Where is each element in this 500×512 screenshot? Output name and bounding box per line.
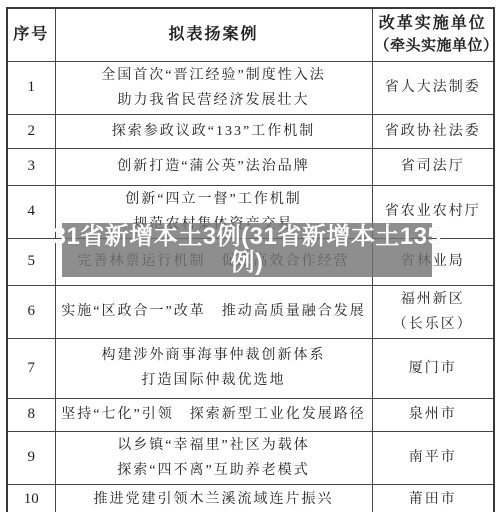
case-cell: 实施“区政合一”改革 推动高质量融合发展 (55, 285, 372, 338)
watermark-title-line1: 31省新增本土3例(31省新增本土135 (53, 224, 442, 250)
unit-line: 省司法厅 (375, 154, 492, 179)
case-cell: 推进党建引领木兰溪流域连片振兴 (55, 484, 372, 512)
header-unit-line2: （牵头实施单位） (375, 35, 492, 57)
unit-line: 泉州市 (375, 402, 492, 427)
watermark-banner: 31省新增本土3例(31省新增本土135 例) (62, 223, 432, 277)
unit-cell: 福州新区 （长乐区） (372, 285, 494, 338)
unit-cell: 南平市 (372, 431, 494, 484)
case-line: 探索“四不离”互助养老模式 (58, 458, 370, 483)
header-case: 拟表扬案例 (55, 8, 372, 61)
unit-cell: 省政协社法委 (372, 114, 494, 148)
table-row: 2 探索参政议政“133”工作机制 省政协社法委 (7, 114, 494, 148)
table-row: 3 创新打造“蒲公英”法治品牌 省司法厅 (7, 148, 494, 185)
unit-line: 莆田市 (375, 487, 492, 512)
table-row: 6 实施“区政合一”改革 推动高质量融合发展 福州新区 （长乐区） (7, 285, 494, 338)
unit-cell: 省人大法制委 (372, 61, 494, 114)
table-row: 7 构建涉外商事海事仲裁创新体系 打造国际仲裁优选地 厦门市 (7, 338, 494, 398)
watermark-title-line2: 例) (231, 250, 264, 276)
row-number: 7 (7, 338, 55, 398)
row-number: 1 (7, 61, 55, 114)
row-number: 3 (7, 148, 55, 185)
table-row: 1 全国首次“晋江经验”制度性入法 助力我省民营经济发展壮大 省人大法制委 (7, 61, 494, 114)
unit-cell: 厦门市 (372, 338, 494, 398)
row-number: 8 (7, 398, 55, 431)
case-cell: 以乡镇“幸福里”社区为载体 探索“四不离”互助养老模式 (55, 431, 372, 484)
case-line: 实施“区政合一”改革 推动高质量融合发展 (58, 299, 370, 324)
table-row: 10 推进党建引领木兰溪流域连片振兴 莆田市 (7, 484, 494, 512)
row-number: 9 (7, 431, 55, 484)
unit-cell: 莆田市 (372, 484, 494, 512)
unit-line: 省政协社法委 (375, 119, 492, 144)
row-number: 4 (7, 185, 55, 238)
header-serial: 序号 (7, 8, 55, 61)
case-cell: 构建涉外商事海事仲裁创新体系 打造国际仲裁优选地 (55, 338, 372, 398)
case-line: 助力我省民营经济发展壮大 (58, 88, 370, 113)
page-root: { "overlay": { "line1": "31省新增本土3例(31省新增… (0, 0, 500, 512)
header-unit-line1: 改革实施单位 (375, 13, 492, 35)
row-number: 10 (7, 484, 55, 512)
case-line: 创新打造“蒲公英”法治品牌 (58, 154, 370, 179)
header-unit: 改革实施单位 （牵头实施单位） (372, 8, 494, 61)
case-line: 坚持“七化”引领 探索新型工业化发展路径 (58, 402, 370, 427)
unit-line: 南平市 (375, 445, 492, 470)
row-number: 6 (7, 285, 55, 338)
case-line: 探索参政议政“133”工作机制 (58, 119, 370, 144)
table-row: 9 以乡镇“幸福里”社区为载体 探索“四不离”互助养老模式 南平市 (7, 431, 494, 484)
case-cell: 创新打造“蒲公英”法治品牌 (55, 148, 372, 185)
unit-line: （长乐区） (375, 312, 492, 337)
row-number: 5 (7, 238, 55, 285)
case-line: 创新“四立一督”工作机制 (58, 187, 370, 212)
table-header-row: 序号 拟表扬案例 改革实施单位 （牵头实施单位） (7, 8, 494, 61)
unit-line: 省人大法制委 (375, 75, 492, 100)
unit-cell: 泉州市 (372, 398, 494, 431)
case-line: 以乡镇“幸福里”社区为载体 (58, 433, 370, 458)
unit-line: 厦门市 (375, 356, 492, 381)
unit-line: 省农业农村厅 (375, 199, 492, 224)
unit-line: 福州新区 (375, 287, 492, 312)
case-line: 全国首次“晋江经验”制度性入法 (58, 63, 370, 88)
case-cell: 坚持“七化”引领 探索新型工业化发展路径 (55, 398, 372, 431)
unit-cell: 省司法厅 (372, 148, 494, 185)
case-cell: 全国首次“晋江经验”制度性入法 助力我省民营经济发展壮大 (55, 61, 372, 114)
case-cell: 探索参政议政“133”工作机制 (55, 114, 372, 148)
case-line: 推进党建引领木兰溪流域连片振兴 (58, 487, 370, 512)
case-line: 构建涉外商事海事仲裁创新体系 (58, 343, 370, 368)
case-line: 打造国际仲裁优选地 (58, 368, 370, 393)
table-row: 8 坚持“七化”引领 探索新型工业化发展路径 泉州市 (7, 398, 494, 431)
row-number: 2 (7, 114, 55, 148)
